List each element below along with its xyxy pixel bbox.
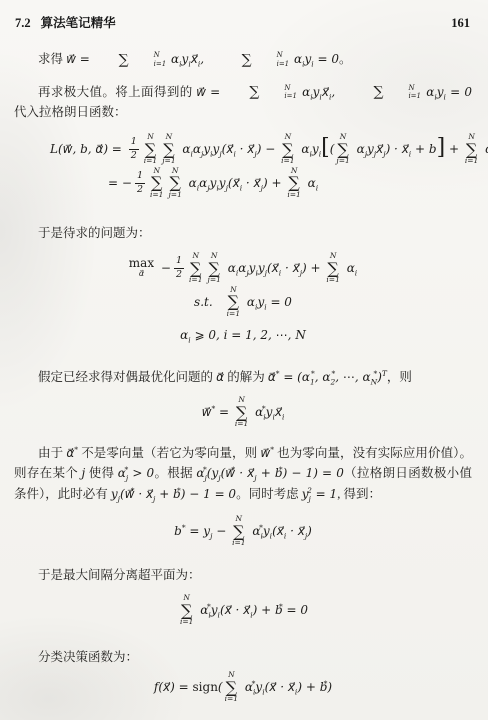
inline-math: αj*(yj(w⃗* · x⃗j + b*) − 1) = 0	[196, 466, 344, 480]
sum-operator: N∑i=1	[232, 515, 245, 547]
formula-line: f(x⃗) = sign(N∑i=1 αi*yi(x⃗ · x⃗i) + b*)	[14, 671, 472, 704]
page-number: 161	[451, 16, 470, 31]
sum-operator: N∑i=1	[150, 167, 163, 199]
sum-operator: N∑i=1	[235, 396, 248, 428]
paragraph: 再求极大值。将上面得到的 w⃗ = ∑Ni=1 αiyix⃗i, ∑Ni=1 α…	[14, 82, 472, 123]
formula-line: L(w⃗, b, α⃗) = 12N∑i=1N∑j=1 αiαjyiyj(x⃗i…	[14, 133, 472, 166]
display-formula: w⃗* = N∑i=1 αi*yix⃗i	[14, 396, 472, 429]
formula-line: αi ⩾ 0, i = 1, 2, ⋯, N	[14, 319, 472, 351]
inline-math: αj* > 0	[118, 466, 154, 480]
display-formula: f(x⃗) = sign(N∑i=1 αi*yi(x⃗ · x⃗i) + b*)	[14, 671, 472, 704]
sum-operator: ∑Ni=1	[349, 84, 421, 100]
fraction: 12	[129, 137, 139, 161]
fraction: 12	[135, 171, 145, 195]
display-formula: L(w⃗, b, α⃗) = 12N∑i=1N∑j=1 αiαjyiyj(x⃗i…	[14, 133, 472, 199]
max-operator: maxα⃗	[129, 257, 154, 279]
paragraph: 假定已经求得对偶最优化问题的 α⃗ 的解为 α⃗* = (α1*, α2*, ⋯…	[14, 367, 472, 388]
formula-line: s.t. N∑i=1 αiyi = 0	[14, 286, 472, 319]
section-title: 算法笔记精华	[41, 16, 116, 30]
formula-line: b* = yj − N∑i=1 αi*yi(x⃗i · x⃗j)	[14, 515, 472, 548]
sum-operator: N∑i=1	[326, 252, 339, 284]
sum-operator: N∑j=1	[162, 133, 175, 165]
inline-math: j	[82, 466, 86, 480]
sum-operator: ∑Ni=1	[218, 51, 290, 67]
big-bracket: ]	[437, 135, 446, 160]
sum-operator: N∑i=1	[189, 252, 202, 284]
section-number: 7.2	[15, 16, 31, 30]
formula-line: w⃗* = N∑i=1 αi*yix⃗i	[14, 396, 472, 429]
scanned-book-page: 7.2算法笔记精华 161 求得 w⃗ = ∑Ni=1 αiyix⃗i, ∑Ni…	[0, 0, 488, 720]
paragraph: 于是待求的问题为：	[14, 223, 472, 244]
paragraph: 于是最大间隔分离超平面为：	[14, 565, 472, 586]
paragraph: 由于 α⃗* 不是零向量（若它为零向量，则 w⃗* 也为零向量，没有实际应用价值…	[14, 443, 472, 505]
sum-operator: N∑i=1	[225, 671, 238, 703]
display-formula: maxα⃗ −12N∑i=1N∑j=1 αiαjyiyj(x⃗i · x⃗j) …	[14, 252, 472, 351]
page-header: 7.2算法笔记精华 161	[0, 0, 488, 31]
sum-operator: N∑j=1	[208, 252, 221, 284]
sum-operator: N∑i=1	[287, 167, 300, 199]
inline-math: yj(w⃗* · x⃗j + b*) − 1 = 0	[111, 487, 236, 501]
inline-math: α⃗	[216, 370, 224, 384]
display-formula: b* = yj − N∑i=1 αi*yi(x⃗i · x⃗j)	[14, 515, 472, 548]
inline-math: w⃗ = ∑Ni=1 αiyix⃗i,	[66, 52, 204, 66]
sum-operator: N∑j=1	[336, 133, 349, 165]
big-bracket: [	[321, 135, 330, 160]
sum-operator: ∑Ni=1	[95, 51, 167, 67]
inline-math: ∑Ni=1 αiyi = 0	[217, 52, 339, 66]
sum-operator: N∑i=1	[144, 133, 157, 165]
sum-operator: N∑i=1	[465, 133, 478, 165]
sum-operator: N∑i=1	[227, 286, 240, 318]
display-formula: N∑i=1 αi*yi(x⃗ · x⃗i) + b* = 0	[14, 594, 472, 627]
inline-math: ∑Ni=1 αiyi = 0	[348, 85, 472, 99]
inline-math: α⃗* = (α1*, α2*, ⋯, αN*)T	[268, 370, 387, 384]
inline-math: yj2 = 1	[302, 487, 337, 501]
inline-math: α⃗*	[66, 446, 78, 460]
sum-operator: N∑j=1	[168, 167, 181, 199]
page-body: 求得 w⃗ = ∑Ni=1 αiyix⃗i, ∑Ni=1 αiyi = 0。再求…	[0, 49, 488, 704]
fraction: 12	[174, 256, 184, 280]
sum-operator: N∑i=1	[281, 133, 294, 165]
paragraph: 求得 w⃗ = ∑Ni=1 αiyix⃗i, ∑Ni=1 αiyi = 0。	[14, 49, 472, 70]
inline-math: w⃗*	[260, 446, 274, 460]
formula-line: N∑i=1 αi*yi(x⃗ · x⃗i) + b* = 0	[14, 594, 472, 627]
paragraph: 分类决策函数为：	[14, 647, 472, 668]
sum-operator: ∑Ni=1	[225, 84, 297, 100]
formula-line: maxα⃗ −12N∑i=1N∑j=1 αiαjyiyj(x⃗i · x⃗j) …	[14, 252, 472, 285]
formula-line: = −12N∑i=1N∑j=1 αiαjyiyj(x⃗i · x⃗j) + N∑…	[14, 167, 472, 200]
sum-operator: N∑i=1	[180, 594, 193, 626]
inline-math: w⃗ = ∑Ni=1 αiyix⃗i,	[196, 85, 335, 99]
section-heading: 7.2算法笔记精华	[15, 13, 126, 31]
